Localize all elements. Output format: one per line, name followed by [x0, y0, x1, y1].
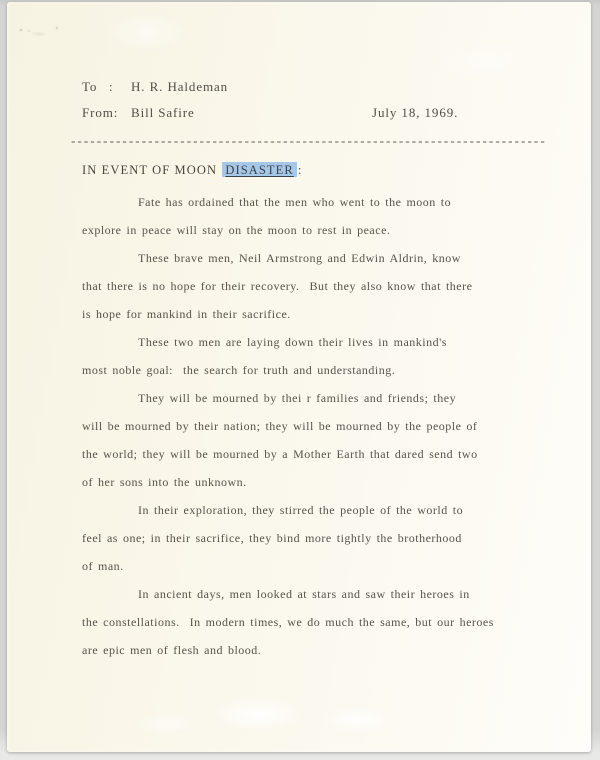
from-label: From: [82, 105, 118, 121]
memo-page: To : H. R. Haldeman From: Bill Safire Ju… [7, 2, 591, 752]
memo-line: Fate has ordained that the men who went … [82, 188, 552, 216]
dashed-divider: ----------------------------------------… [71, 133, 545, 149]
memo-line: is hope for mankind in their sacrifice. [82, 300, 552, 328]
memo-line: explore in peace will stay on the moon t… [82, 216, 552, 244]
memo-line: most noble goal: the search for truth an… [82, 356, 552, 384]
to-colon: : [109, 79, 114, 95]
to-row: To : H. R. Haldeman [82, 79, 562, 105]
memo-line: They will be mourned by thei r families … [82, 384, 552, 412]
from-row: From: Bill Safire July 18, 1969. [82, 105, 562, 131]
pencil-marks [7, 20, 87, 42]
body-lines: Fate has ordained that the men who went … [82, 188, 552, 664]
to-value: H. R. Haldeman [131, 79, 228, 95]
memo-title: IN EVENT OF MOON DISASTER: [82, 163, 302, 178]
memo-line: feel as one; in their sacrifice, they bi… [82, 524, 552, 552]
highlighted-word: DISASTER [222, 162, 297, 177]
memo-line: In their exploration, they stirred the p… [82, 496, 552, 524]
memo-line: the constellations. In modern times, we … [82, 608, 552, 636]
title-prefix: IN EVENT OF MOON [82, 163, 217, 177]
memo-line: These brave men, Neil Armstrong and Edwi… [82, 244, 552, 272]
memo-line: These two men are laying down their live… [82, 328, 552, 356]
memo-header: To : H. R. Haldeman From: Bill Safire Ju… [82, 79, 562, 131]
from-value: Bill Safire [131, 105, 195, 121]
memo-line: will be mourned by their nation; they wi… [82, 412, 552, 440]
memo-line: are epic men of flesh and blood. [82, 636, 552, 664]
memo-line: of man. [82, 552, 552, 580]
memo-line: the world; they will be mourned by a Mot… [82, 440, 552, 468]
title-suffix: : [298, 163, 303, 177]
memo-line: that there is no hope for their recovery… [82, 272, 552, 300]
memo-line: of her sons into the unknown. [82, 468, 552, 496]
memo-date: July 18, 1969. [372, 105, 458, 121]
scanned-memo-viewport: To : H. R. Haldeman From: Bill Safire Ju… [0, 0, 600, 760]
to-label: To [82, 79, 97, 95]
memo-line: In ancient days, men looked at stars and… [82, 580, 552, 608]
